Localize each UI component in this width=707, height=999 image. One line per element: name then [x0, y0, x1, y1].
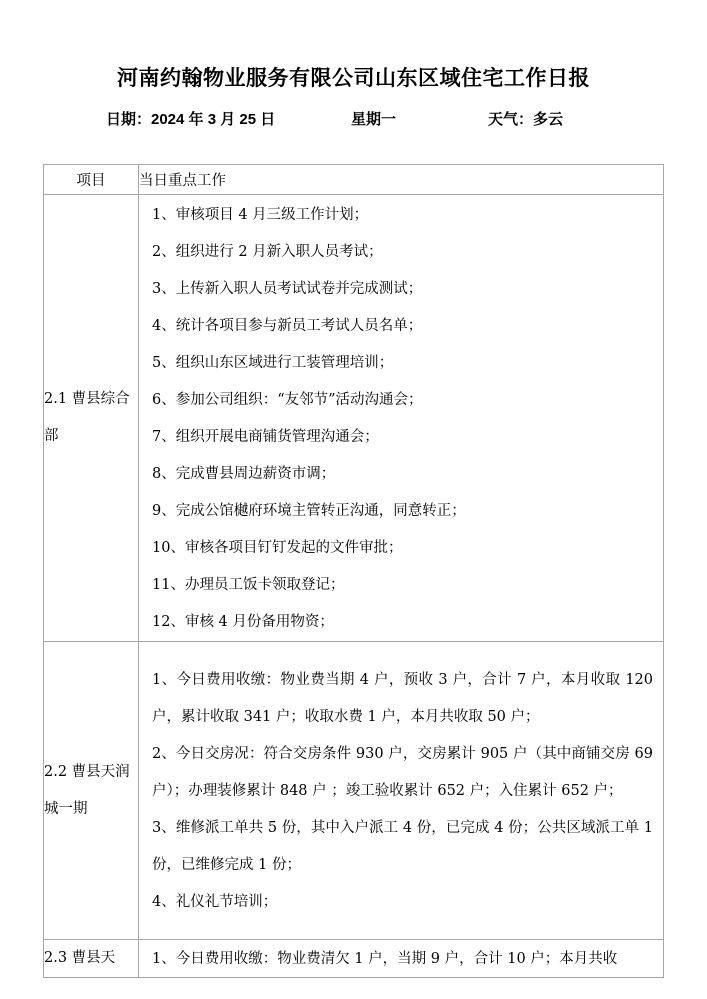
work-cell: 1、今日费用收缴：物业费清欠 1 户，当期 9 户，合计 10 户；本月共收 — [139, 940, 664, 978]
header-project: 项目 — [44, 165, 139, 195]
table-row-tianrun-phase1: 2.2 曹县天润城一期 1、今日费用收缴：物业费当期 4 户，预收 3 户，合计… — [44, 642, 664, 940]
table-row-caoxian-tian-truncated: 2.3 曹县天 1、今日费用收缴：物业费清欠 1 户，当期 9 户，合计 10 … — [44, 940, 664, 978]
date-field: 日期：2024 年 3 月 25 日 — [106, 108, 275, 132]
header-work: 当日重点工作 — [139, 165, 664, 195]
page-title: 河南约翰物业服务有限公司山东区域住宅工作日报 — [0, 64, 707, 94]
work-item: 4、统计各项目参与新员工考试人员名单； — [152, 308, 653, 345]
work-item: 3、上传新入职人员考试试卷并完成测试； — [152, 271, 653, 308]
document-page: 河南约翰物业服务有限公司山东区域住宅工作日报 日期：2024 年 3 月 25 … — [0, 0, 707, 999]
project-cell: 2.3 曹县天 — [44, 940, 139, 978]
table-header-row: 项目 当日重点工作 — [44, 165, 664, 195]
work-item: 10、审核各项目钉钉发起的文件审批； — [152, 530, 653, 567]
daily-report-table: 项目 当日重点工作 2.1 曹县综合部 1、审核项目 4 月三级工作计划； 2、… — [43, 164, 664, 978]
work-item: 2、今日交房况：符合交房条件 930 户，交房累计 905 户（其中商铺交房 6… — [152, 736, 653, 810]
meta-line: 日期：2024 年 3 月 25 日 星期一 天气：多云 — [0, 108, 707, 132]
work-item: 2、组织进行 2 月新入职人员考试； — [152, 234, 653, 271]
project-cell: 2.1 曹县综合部 — [44, 195, 139, 642]
work-item: 4、礼仪礼节培训； — [152, 884, 653, 921]
table-row-caoxian-zonghebu: 2.1 曹县综合部 1、审核项目 4 月三级工作计划； 2、组织进行 2 月新入… — [44, 195, 664, 642]
work-item: 9、完成公馆樾府环境主管转正沟通，同意转正； — [152, 493, 653, 530]
work-cell: 1、今日费用收缴：物业费当期 4 户，预收 3 户，合计 7 户，本月收取 12… — [139, 642, 664, 940]
work-item: 6、参加公司组织：“友邻节”活动沟通会； — [152, 382, 653, 419]
work-item: 8、完成曹县周边薪资市调； — [152, 456, 653, 493]
work-cell: 1、审核项目 4 月三级工作计划； 2、组织进行 2 月新入职人员考试； 3、上… — [139, 195, 664, 642]
work-item: 5、组织山东区域进行工装管理培训； — [152, 345, 653, 382]
work-item: 3、维修派工单共 5 份，其中入户派工 4 份，已完成 4 份；公共区域派工单 … — [152, 810, 653, 884]
project-cell: 2.2 曹县天润城一期 — [44, 642, 139, 940]
weather-field: 天气：多云 — [488, 108, 563, 132]
weekday-field: 星期一 — [351, 108, 396, 132]
work-item: 11、办理员工饭卡领取登记； — [152, 567, 653, 604]
work-item: 1、今日费用收缴：物业费当期 4 户，预收 3 户，合计 7 户，本月收取 12… — [152, 662, 653, 736]
work-item: 1、今日费用收缴：物业费清欠 1 户，当期 9 户，合计 10 户；本月共收 — [152, 941, 653, 976]
work-item: 1、审核项目 4 月三级工作计划； — [152, 197, 653, 234]
work-item: 12、审核 4 月份备用物资； — [152, 604, 653, 641]
work-item: 7、组织开展电商铺货管理沟通会； — [152, 419, 653, 456]
